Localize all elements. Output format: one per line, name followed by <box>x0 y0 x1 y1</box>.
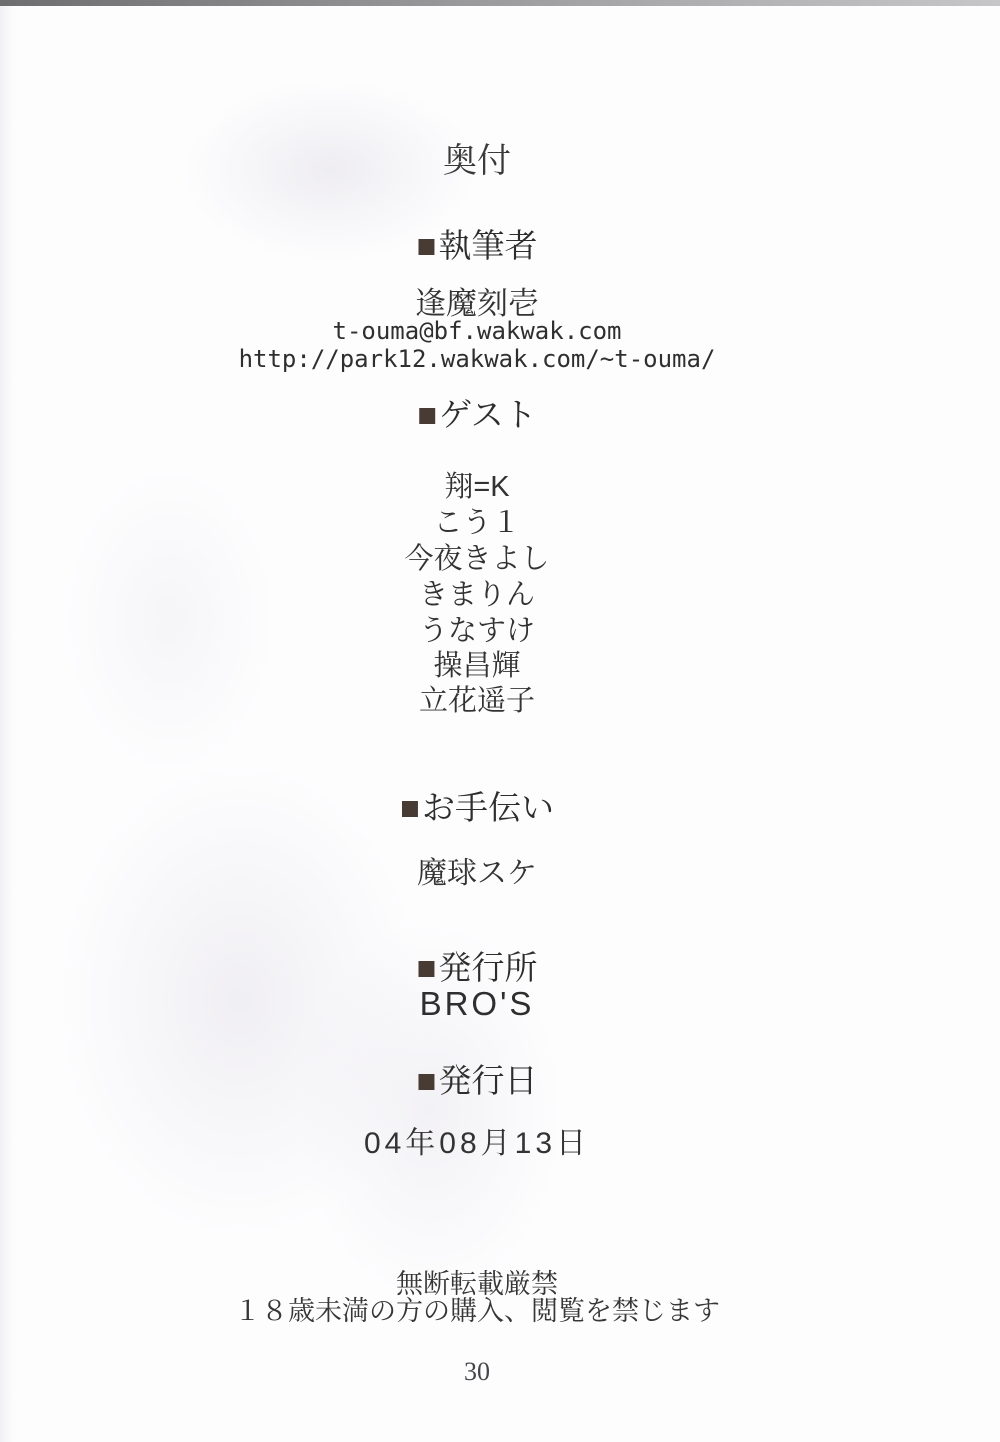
guest-name: こう１ <box>0 506 954 541</box>
page-number: 30 <box>0 1356 954 1387</box>
scan-edge-artifact <box>0 0 1000 6</box>
section-heading-guest: ■ゲスト <box>0 395 954 435</box>
square-bullet-icon: ■ <box>417 949 437 986</box>
publisher-name: BRO'S <box>0 984 954 1024</box>
section-heading-publisher-label: 発行所 <box>438 949 537 986</box>
section-heading-helper: ■お手伝い <box>0 788 954 828</box>
age-restriction-notice: １８歳未満の方の購入、閲覧を禁じます <box>0 1295 954 1327</box>
author-email: t-ouma@bf.wakwak.com <box>0 317 954 346</box>
guest-name: 今夜きよし <box>0 542 954 577</box>
helper-name: 魔球スケ <box>0 856 954 892</box>
square-bullet-icon: ■ <box>417 396 437 433</box>
guest-name: 翔=K <box>0 470 954 505</box>
guest-name: 操昌輝 <box>0 649 954 684</box>
author-website-url: http://park12.wakwak.com/~t-ouma/ <box>0 345 954 374</box>
section-heading-publication-date-label: 発行日 <box>438 1062 537 1099</box>
section-heading-guest-label: ゲスト <box>439 396 537 433</box>
guest-name: 立花遥子 <box>0 684 954 719</box>
section-heading-helper-label: お手伝い <box>422 789 554 826</box>
publication-date: 04年08月13日 <box>0 1126 954 1162</box>
guest-name: きまりん <box>0 578 954 613</box>
section-heading-publisher: ■発行所 <box>0 948 954 988</box>
section-heading-publication-date: ■発行日 <box>0 1061 954 1101</box>
guest-name: うなすけ <box>0 614 954 649</box>
square-bullet-icon: ■ <box>400 789 420 826</box>
square-bullet-icon: ■ <box>417 227 437 264</box>
page-title: 奥付 <box>0 141 954 182</box>
section-heading-author-label: 執筆者 <box>438 227 537 264</box>
colophon-page: 奥付 ■執筆者 逢魔刻壱 t-ouma@bf.wakwak.com http:/… <box>0 0 1000 1442</box>
square-bullet-icon: ■ <box>417 1062 437 1099</box>
section-heading-author: ■執筆者 <box>0 226 954 266</box>
